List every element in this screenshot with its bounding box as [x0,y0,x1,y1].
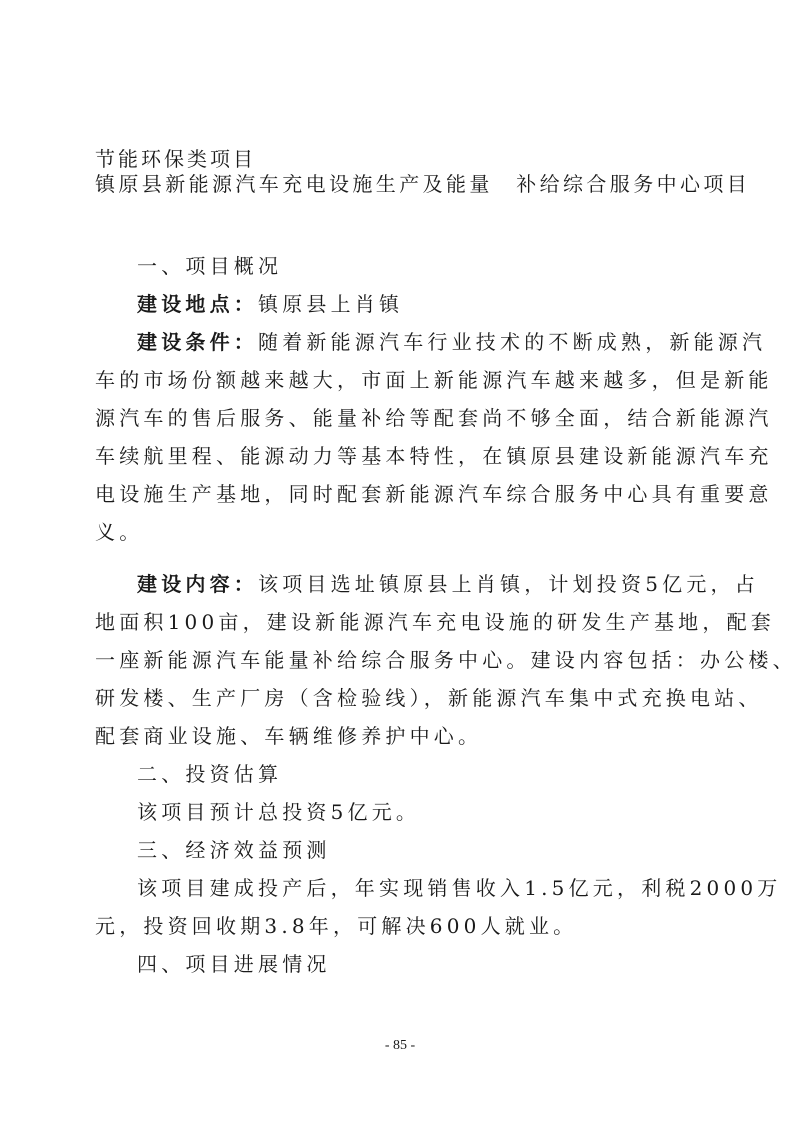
conditions-text: 车续航里程、能源动力等基本特性，在镇原县建设新能源汽车充 [95,443,773,469]
conditions-paragraph-line: 建设条件：随着新能源汽车行业技术的不断成熟，新能源汽 [137,329,766,355]
location-label: 建设地点： [137,292,258,316]
content-text: 一座新能源汽车能量补给综合服务中心。建设内容包括：办公楼、 [95,647,797,673]
section-heading-overview: 一、项目概况 [137,253,282,279]
project-title: 镇原县新能源汽车充电设施生产及能量 补给综合服务中心项目 [95,171,750,197]
location-value: 镇原县上肖镇 [258,292,403,316]
conditions-text: 电设施生产基地，同时配套新能源汽车综合服务中心具有重要意 [95,481,773,507]
content-paragraph-line: 建设内容：该项目选址镇原县上肖镇，计划投资5亿元，占 [137,571,759,597]
section-heading-progress: 四、项目进展情况 [137,951,331,977]
content-text: 该项目选址镇原县上肖镇，计划投资5亿元，占 [258,572,759,596]
conditions-text: 源汽车的售后服务、能量补给等配套尚不够全面，结合新能源汽 [95,405,773,431]
content-text: 地面积100亩，建设新能源汽车充电设施的研发生产基地，配套 [95,609,775,635]
section-heading-benefit: 三、经济效益预测 [137,837,331,863]
benefit-text: 元，投资回收期3.8年，可解决600人就业。 [95,913,577,939]
conditions-text: 义。 [95,519,143,545]
content-label: 建设内容： [137,572,258,596]
content-text: 配套商业设施、车辆维修养护中心。 [95,723,482,749]
project-category: 节能环保类项目 [95,146,256,172]
investment-text: 该项目预计总投资5亿元。 [137,799,420,825]
conditions-text: 随着新能源汽车行业技术的不断成熟，新能源汽 [258,330,766,354]
benefit-text: 该项目建成投产后，年实现销售收入1.5亿元，利税2000万 [137,875,782,901]
conditions-label: 建设条件： [137,330,258,354]
conditions-text: 车的市场份额越来越大，市面上新能源汽车越来越多，但是新能 [95,367,773,393]
content-text: 研发楼、生产厂房（含检验线），新能源汽车集中式充换电站、 [95,685,763,711]
page-number: - 85 - [0,1038,800,1054]
location-paragraph: 建设地点：镇原县上肖镇 [137,291,403,317]
section-heading-investment: 二、投资估算 [137,761,282,787]
